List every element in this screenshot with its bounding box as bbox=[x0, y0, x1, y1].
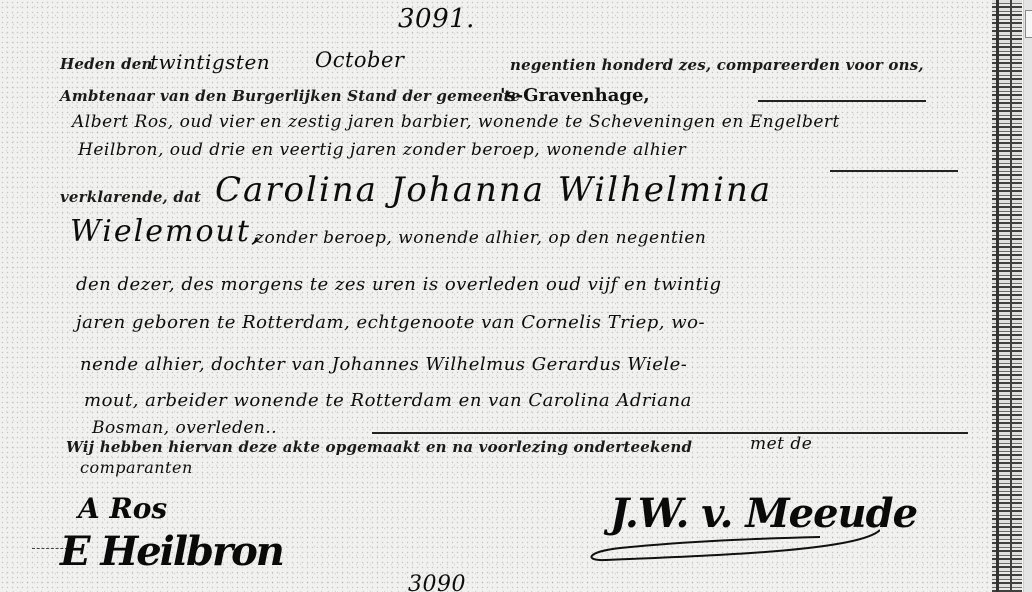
vertical-scrollbar[interactable] bbox=[1023, 0, 1032, 592]
printed-text-verklarende: verklarende, dat bbox=[60, 188, 201, 206]
handwritten-met-de: met de bbox=[750, 434, 812, 454]
handwritten-deceased-given-names: Carolina Johanna Wilhelmina bbox=[215, 170, 772, 210]
fill-rule bbox=[758, 100, 926, 102]
printed-text-year: negentien honderd zes, compareerden voor… bbox=[510, 56, 924, 74]
handwritten-month: October bbox=[315, 48, 404, 72]
handwritten-witness-1: Albert Ros, oud vier en zestig jaren bar… bbox=[72, 112, 840, 132]
handwritten-time-of-death: den dezer, des morgens te zes uren is ov… bbox=[76, 274, 722, 295]
scanned-document-page: 3091. Heden den twintigsten October nege… bbox=[0, 0, 992, 592]
fill-rule bbox=[830, 170, 958, 172]
record-number-bottom: 3090 bbox=[408, 572, 466, 592]
fill-rule bbox=[372, 432, 968, 434]
printed-closing-statement: Wij hebben hiervan deze akte opgemaakt e… bbox=[66, 438, 692, 456]
signature-witness-1: A Ros bbox=[78, 492, 167, 525]
handwritten-mother-surname: Bosman, overleden.. bbox=[92, 418, 277, 438]
page-binding-edge bbox=[992, 0, 1022, 592]
handwritten-birthplace-spouse: jaren geboren te Rotterdam, echtgenoote … bbox=[76, 312, 705, 333]
handwritten-witness-2: Heilbron, oud drie en veertig jaren zond… bbox=[78, 140, 686, 160]
scrollbar-thumb[interactable] bbox=[1025, 10, 1032, 38]
printed-municipality: 's-Gravenhage, bbox=[500, 85, 650, 106]
printed-text-heden-den: Heden den bbox=[60, 55, 153, 73]
record-number-top: 3091. bbox=[398, 4, 475, 34]
handwritten-comparanten: comparanten bbox=[80, 458, 193, 477]
signature-flourish bbox=[580, 520, 880, 565]
handwritten-father: nende alhier, dochter van Johannes Wilhe… bbox=[80, 354, 687, 375]
handwritten-occupation-residence: zonder beroep, wonende alhier, op den ne… bbox=[255, 228, 706, 248]
printed-text-ambtenaar: Ambtenaar van den Burgerlijken Stand der… bbox=[60, 87, 520, 105]
signature-witness-2: E Heilbron bbox=[60, 528, 283, 575]
handwritten-mother: mout, arbeider wonende te Rotterdam en v… bbox=[84, 390, 692, 411]
handwritten-day: twintigsten bbox=[150, 50, 270, 74]
handwritten-deceased-surname: Wielemout, bbox=[70, 214, 262, 249]
